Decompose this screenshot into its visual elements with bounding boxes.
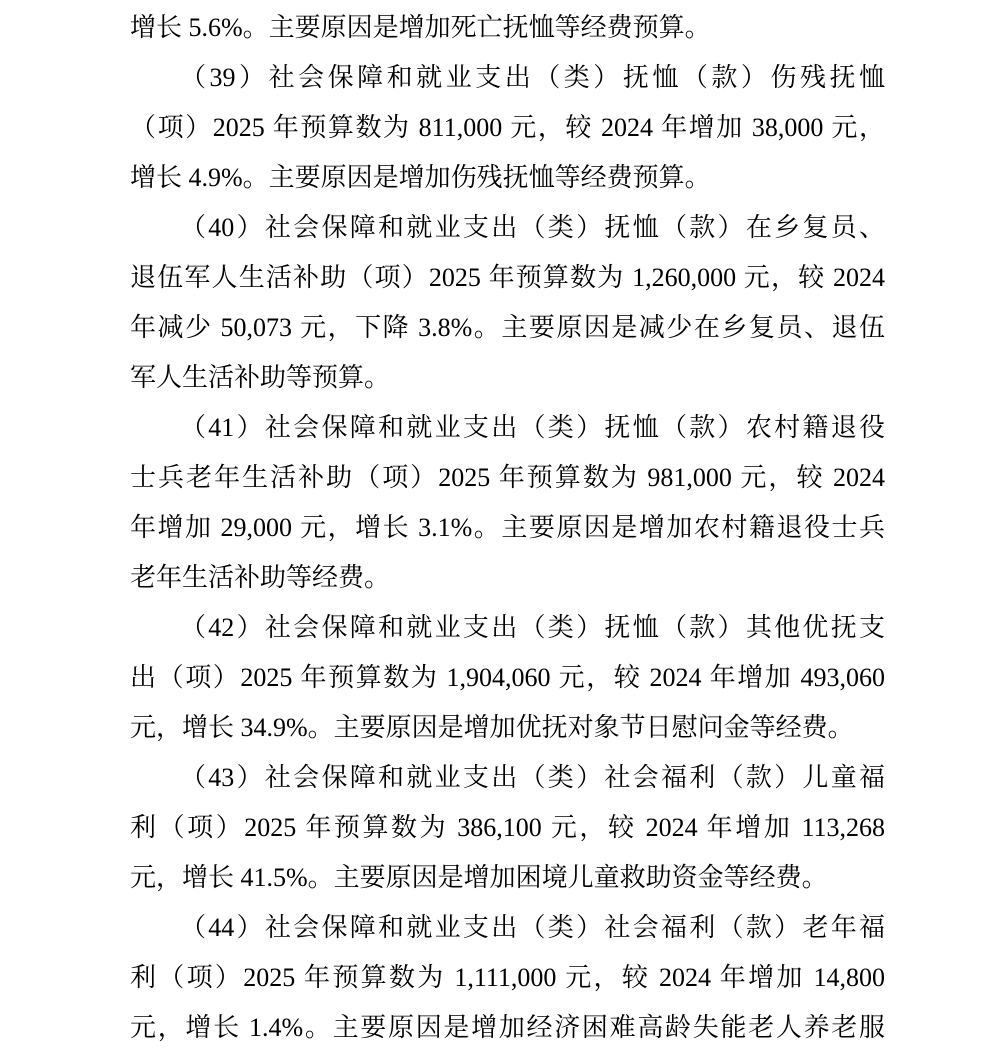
paragraph-44: （44）社会保障和就业支出（类）社会福利（款）老年福 利（项）2025 年预算数… [130,903,885,1053]
document-page: 增长 5.6%。主要原因是增加死亡抚恤等经费预算。 （39）社会保障和就业支出（… [0,0,1000,1056]
text-line: 年增加 29,000 元，增长 3.1%。主要原因是增加农村籍退役士兵 [130,503,885,553]
paragraph-40: （40）社会保障和就业支出（类）抚恤（款）在乡复员、 退伍军人生活补助（项）20… [130,203,885,403]
text-line: 增长 4.9%。主要原因是增加伤残抚恤等经费预算。 [130,153,885,203]
paragraph-43: （43）社会保障和就业支出（类）社会福利（款）儿童福 利（项）2025 年预算数… [130,753,885,903]
paragraph-41: （41）社会保障和就业支出（类）抚恤（款）农村籍退役 士兵老年生活补助（项）20… [130,403,885,603]
text-block: 增长 5.6%。主要原因是增加死亡抚恤等经费预算。 （39）社会保障和就业支出（… [130,3,885,1053]
text-line: 退伍军人生活补助（项）2025 年预算数为 1,260,000 元，较 2024 [130,253,885,303]
text-line: 老年生活补助等经费。 [130,553,885,603]
text-line: 年减少 50,073 元，下降 3.8%。主要原因是减少在乡复员、退伍 [130,303,885,353]
paragraph-42: （42）社会保障和就业支出（类）抚恤（款）其他优抚支 出（项）2025 年预算数… [130,603,885,753]
text-line: 利（项）2025 年预算数为 1,111,000 元，较 2024 年增加 14… [130,953,885,1003]
text-line: 元，增长 34.9%。主要原因是增加优抚对象节日慰问金等经费。 [130,703,885,753]
text-line: 增长 5.6%。主要原因是增加死亡抚恤等经费预算。 [130,3,885,53]
text-line: （43）社会保障和就业支出（类）社会福利（款）儿童福 [130,753,885,803]
text-line: （41）社会保障和就业支出（类）抚恤（款）农村籍退役 [130,403,885,453]
text-line: （39）社会保障和就业支出（类）抚恤（款）伤残抚恤 [130,53,885,103]
text-line: 元，增长 41.5%。主要原因是增加困境儿童救助资金等经费。 [130,853,885,903]
text-line: 军人生活补助等预算。 [130,353,885,403]
text-line: 元，增长 1.4%。主要原因是增加经济困难高龄失能老人养老服 [130,1003,885,1053]
text-line: 士兵老年生活补助（项）2025 年预算数为 981,000 元，较 2024 [130,453,885,503]
text-line: （项）2025 年预算数为 811,000 元，较 2024 年增加 38,00… [130,103,885,153]
text-line: （44）社会保障和就业支出（类）社会福利（款）老年福 [130,903,885,953]
text-line: （40）社会保障和就业支出（类）抚恤（款）在乡复员、 [130,203,885,253]
paragraph-39: （39）社会保障和就业支出（类）抚恤（款）伤残抚恤 （项）2025 年预算数为 … [130,53,885,203]
text-line: （42）社会保障和就业支出（类）抚恤（款）其他优抚支 [130,603,885,653]
text-line: 出（项）2025 年预算数为 1,904,060 元，较 2024 年增加 49… [130,653,885,703]
text-line: 利（项）2025 年预算数为 386,100 元，较 2024 年增加 113,… [130,803,885,853]
paragraph-continuation: 增长 5.6%。主要原因是增加死亡抚恤等经费预算。 [130,3,885,53]
